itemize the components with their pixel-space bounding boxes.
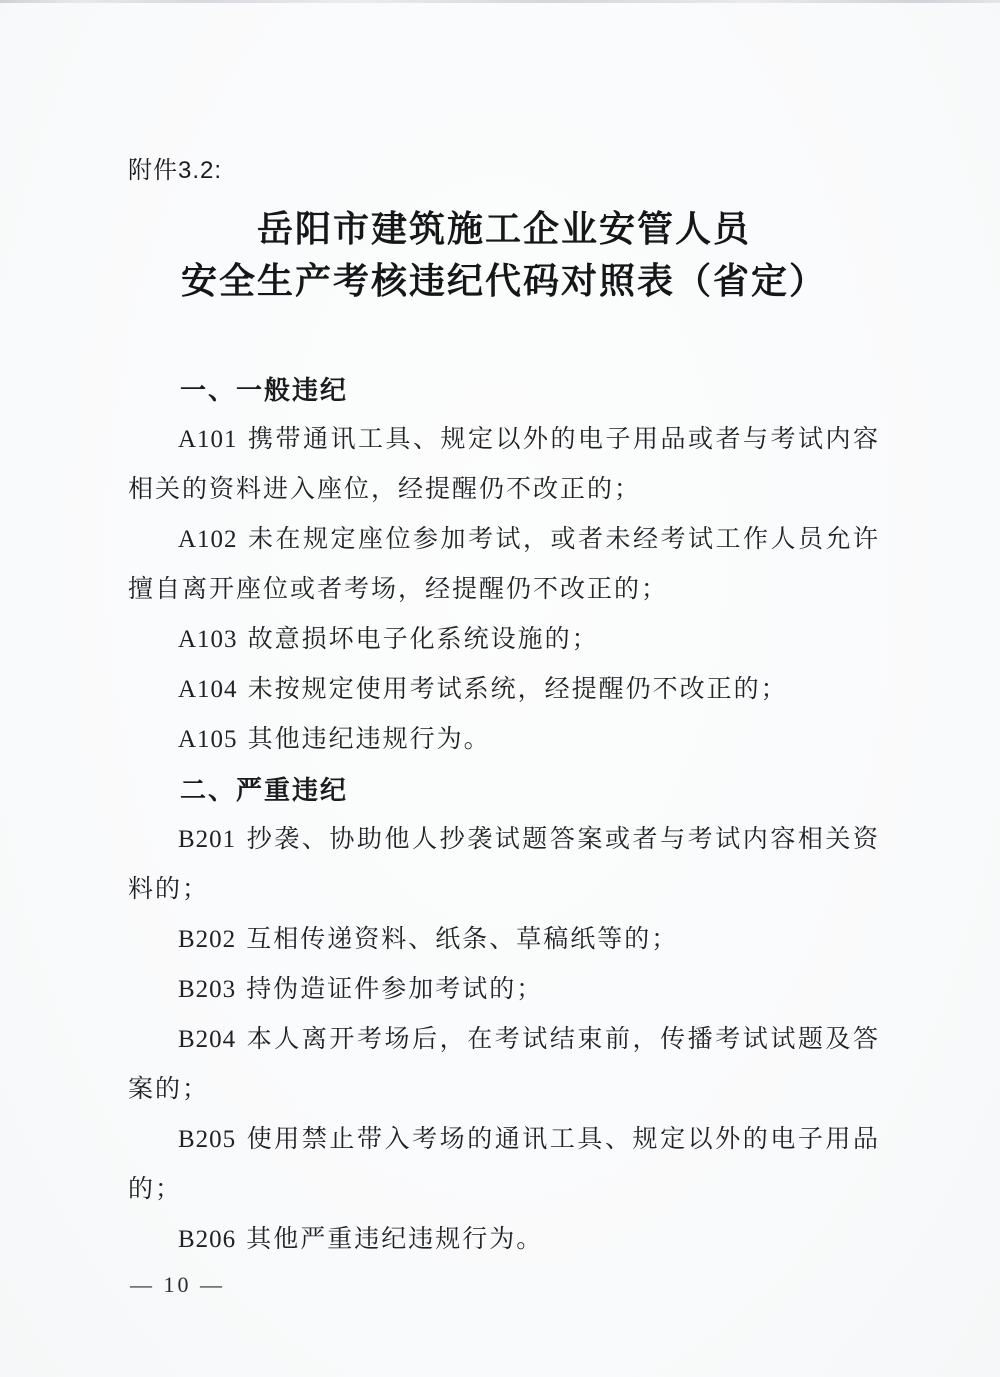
violation-item-b202: B202互相传递资料、纸条、草稿纸等的； — [128, 915, 880, 965]
violation-code: A102 — [178, 526, 238, 553]
violation-text: 其他严重违纪违规行为。 — [246, 1226, 543, 1253]
violation-text: 持伪造证件参加考试的； — [246, 976, 543, 1003]
violation-item-a101: A101携带通讯工具、规定以外的电子用品或者与考试内容相关的资料进入座位，经提醒… — [128, 415, 880, 515]
violation-code: A101 — [178, 426, 238, 453]
violation-code: B206 — [178, 1226, 236, 1253]
violation-code: B201 — [178, 826, 236, 853]
violation-code: A103 — [178, 626, 238, 653]
violation-code: B204 — [178, 1026, 236, 1053]
violation-text: 未按规定使用考试系统，经提醒仍不改正的； — [248, 676, 788, 703]
violation-text: 携带通讯工具、规定以外的电子用品或者与考试内容相关的资料进入座位，经提醒仍不改正… — [128, 426, 880, 503]
document-page: 附件3.2: 岳阳市建筑施工企业安管人员 安全生产考核违纪代码对照表（省定） 一… — [0, 0, 1000, 1377]
document-content: 附件3.2: 岳阳市建筑施工企业安管人员 安全生产考核违纪代码对照表（省定） 一… — [128, 150, 880, 1265]
violation-item-a102: A102未在规定座位参加考试，或者未经考试工作人员允许擅自离开座位或者考场，经提… — [128, 515, 880, 615]
violation-text: 抄袭、协助他人抄袭试题答案或者与考试内容相关资料的； — [128, 826, 880, 903]
violation-text: 本人离开考场后，在考试结束前，传播考试试题及答案的； — [128, 1026, 880, 1103]
scan-edge-artifact — [0, 0, 1000, 3]
document-body: 一、一般违纪 A101携带通讯工具、规定以外的电子用品或者与考试内容相关的资料进… — [128, 365, 880, 1265]
violation-text: 故意损坏电子化系统设施的； — [248, 626, 599, 653]
violation-item-a104: A104未按规定使用考试系统，经提醒仍不改正的； — [128, 665, 880, 715]
page-number: — 10 — — [130, 1272, 225, 1298]
violation-code: B203 — [178, 976, 236, 1003]
violation-text: 互相传递资料、纸条、草稿纸等的； — [246, 926, 678, 953]
section-heading-general-violations: 一、一般违纪 — [128, 365, 880, 415]
section-heading-serious-violations: 二、严重违纪 — [128, 765, 880, 815]
violation-item-b205: B205使用禁止带入考场的通讯工具、规定以外的电子用品的； — [128, 1115, 880, 1215]
violation-text: 其他违纪违规行为。 — [248, 726, 491, 753]
violation-item-b201: B201抄袭、协助他人抄袭试题答案或者与考试内容相关资料的； — [128, 815, 880, 915]
document-title-line-2: 安全生产考核违纪代码对照表（省定） — [128, 255, 880, 307]
violation-item-a105: A105其他违纪违规行为。 — [128, 715, 880, 765]
violation-code: B205 — [178, 1126, 236, 1153]
violation-text: 使用禁止带入考场的通讯工具、规定以外的电子用品的； — [128, 1126, 880, 1203]
violation-text: 未在规定座位参加考试，或者未经考试工作人员允许擅自离开座位或者考场，经提醒仍不改… — [128, 526, 880, 603]
violation-item-b206: B206其他严重违纪违规行为。 — [128, 1215, 880, 1265]
violation-item-b204: B204本人离开考场后，在考试结束前，传播考试试题及答案的； — [128, 1015, 880, 1115]
document-title-line-1: 岳阳市建筑施工企业安管人员 — [128, 203, 880, 255]
attachment-label: 附件3.2: — [128, 150, 880, 185]
violation-code: A105 — [178, 726, 238, 753]
violation-code: B202 — [178, 926, 236, 953]
violation-item-b203: B203持伪造证件参加考试的； — [128, 965, 880, 1015]
violation-item-a103: A103故意损坏电子化系统设施的； — [128, 615, 880, 665]
violation-code: A104 — [178, 676, 238, 703]
